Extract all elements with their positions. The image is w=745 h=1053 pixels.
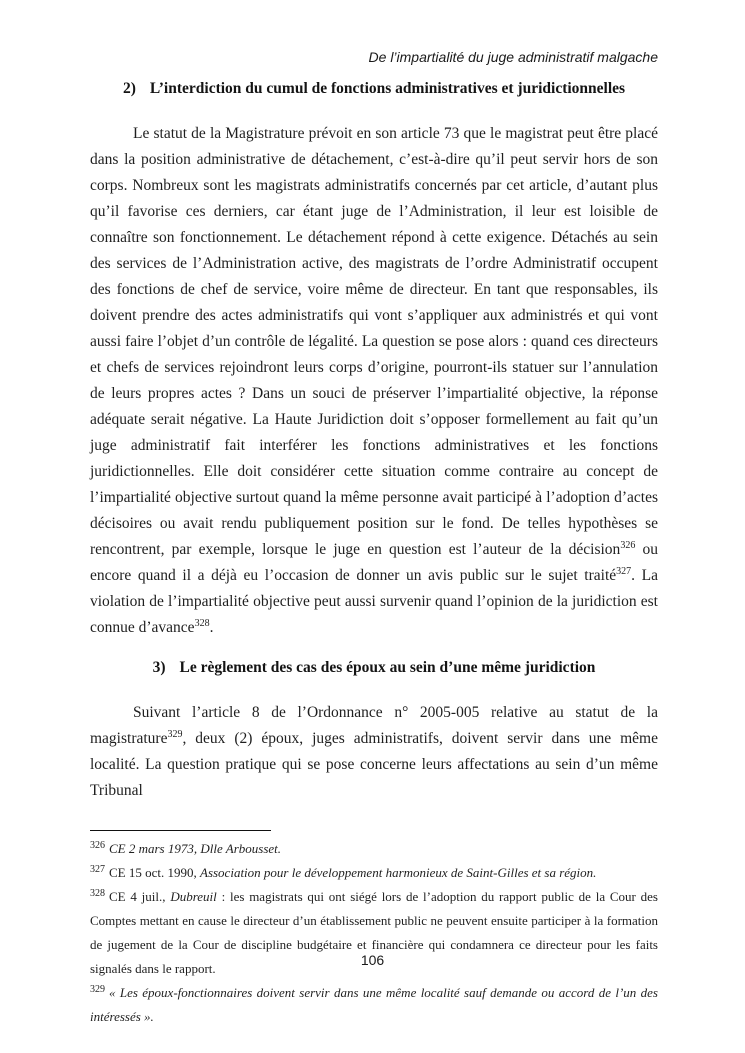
footnotes: 326CE 2 mars 1973, Dlle Arbousset.327CE … — [90, 837, 658, 1029]
footnote-329: 329« Les époux-fonctionnaires doivent se… — [90, 981, 658, 1029]
body-paragraph-2: Suivant l’article 8 de l’Ordonnance n° 2… — [90, 700, 658, 804]
footnote-327: 327CE 15 oct. 1990, Association pour le … — [90, 861, 658, 885]
footnote-ref: 327 — [616, 566, 631, 577]
footnote-ref: 326 — [620, 540, 635, 551]
footnote-ref: 329 — [167, 729, 182, 740]
footnote-ref: 328 — [195, 618, 210, 629]
text-run: Dubreuil — [170, 889, 216, 904]
text-run: CE 2 mars 1973, Dlle Arbousset. — [109, 841, 281, 856]
text-run: , deux (2) époux, juges administratifs, … — [90, 730, 658, 799]
footnote-326: 326CE 2 mars 1973, Dlle Arbousset. — [90, 837, 658, 861]
text-run: Le statut de la Magistrature prévoit en … — [90, 125, 658, 558]
footnote-separator — [90, 830, 271, 831]
text-run: . — [210, 619, 214, 636]
footnote-number: 327 — [90, 864, 105, 875]
text-run: CE 4 juil., — [109, 889, 170, 904]
section-heading-2: 2)L’interdiction du cumul de fonctions a… — [90, 78, 658, 100]
section-heading-3: 3)Le règlement des cas des époux au sein… — [90, 657, 658, 679]
body-paragraph-1: Le statut de la Magistrature prévoit en … — [90, 121, 658, 641]
section-number: 2) — [123, 80, 136, 97]
document-page: De l’impartialité du juge administratif … — [0, 0, 745, 1053]
text-run: « Les époux-fonctionnaires doivent servi… — [90, 985, 658, 1024]
section-number: 3) — [153, 659, 166, 676]
text-run: Association pour le développement harmon… — [200, 865, 596, 880]
page-number: 106 — [0, 952, 745, 968]
section-title: L’interdiction du cumul de fonctions adm… — [150, 80, 625, 97]
running-header: De l’impartialité du juge administratif … — [90, 48, 658, 66]
footnote-number: 326 — [90, 840, 105, 851]
footnote-number: 329 — [90, 984, 105, 995]
section-title: Le règlement des cas des époux au sein d… — [180, 659, 596, 676]
text-run: CE 15 oct. 1990, — [109, 865, 200, 880]
footnote-number: 328 — [90, 888, 105, 899]
